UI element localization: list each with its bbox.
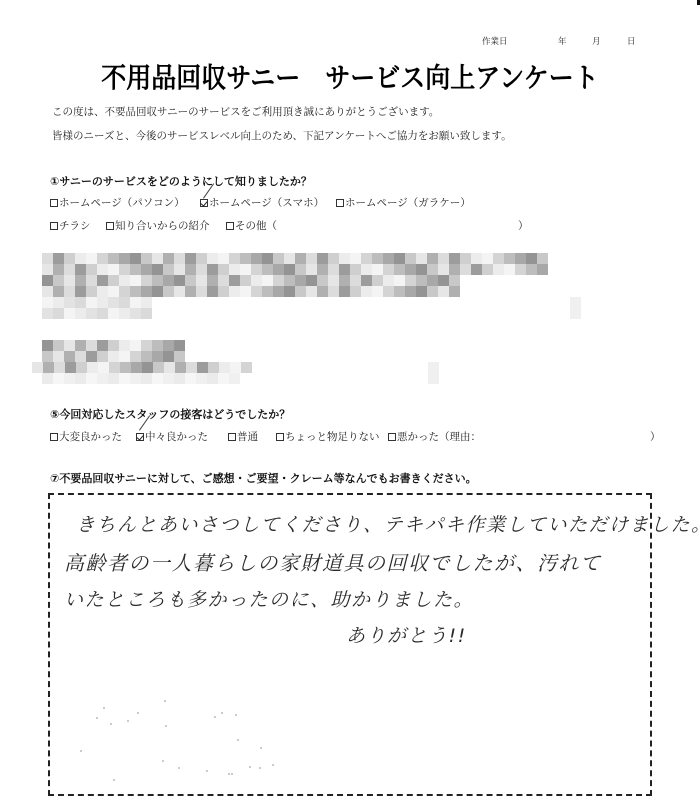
month-label: 月 xyxy=(592,35,601,47)
q1-option-pc[interactable]: ホームページ（パソコン） xyxy=(50,195,185,210)
q5-option-lacking[interactable]: ちょっと物足りない xyxy=(276,429,380,444)
handwritten-comment-line-3: いたところも多かったのに、助かりました。 xyxy=(64,585,474,612)
question-5-heading: ⑤今回対応したスタッフの接客はどうでしたか？ xyxy=(50,406,290,422)
intro-line-1: この度は、不要品回収サニーのサービスをご利用頂き誠にありがとうございます。 xyxy=(52,104,439,119)
handwritten-comment-line-2: 高齢者の一人暮らしの家財道具の回収でしたが、汚れて xyxy=(64,547,602,576)
q1-option-referral[interactable]: 知り合いからの紹介 xyxy=(106,218,210,233)
q5-option-bad[interactable]: 悪かった（理由： xyxy=(388,429,481,444)
checkbox[interactable] xyxy=(226,222,234,230)
checkbox[interactable] xyxy=(276,433,284,441)
handwritten-comment-line-4: ありがとう!! xyxy=(346,621,467,648)
handwritten-comment-line-1: きちんとあいさつしてくださり、テキパキ作業していただけました。 xyxy=(76,510,700,537)
work-date-label: 作業日 xyxy=(482,35,508,47)
checkbox-checked[interactable] xyxy=(136,433,144,441)
q1-other-close-paren: ） xyxy=(518,218,529,233)
q1-option-flyer[interactable]: チラシ xyxy=(50,218,91,233)
q5-option-average[interactable]: 普通 xyxy=(228,429,258,444)
checkbox[interactable] xyxy=(336,199,344,207)
q1-option-smartphone[interactable]: ホームページ（スマホ） xyxy=(200,195,324,210)
checkbox[interactable] xyxy=(50,222,58,230)
q5-option-very-good[interactable]: 大変良かった xyxy=(50,429,122,444)
q1-option-feature-phone[interactable]: ホームページ（ガラケー） xyxy=(336,195,471,210)
checkbox[interactable] xyxy=(50,433,58,441)
page-title: 不用品回収サニー サービス向上アンケート xyxy=(0,56,700,96)
question-1-heading: ①サニーのサービスをどのようにして知りましたか？ xyxy=(50,173,312,189)
checkbox[interactable] xyxy=(228,433,236,441)
year-label: 年 xyxy=(558,35,567,47)
day-label: 日 xyxy=(627,35,636,47)
intro-line-2: 皆様のニーズと、今後のサービスレベル向上のため、下記アンケートへご協力をお願い致… xyxy=(52,128,512,143)
q1-option-other[interactable]: その他（ xyxy=(226,218,277,233)
question-7-heading: ⑦不要品回収サニーに対して、ご感想・ご要望・クレーム等なんでもお書きください。 xyxy=(50,470,477,486)
scan-noise xyxy=(80,700,280,780)
q5-reason-close-paren: ） xyxy=(650,429,661,444)
checkbox-checked[interactable] xyxy=(200,199,208,207)
checkbox[interactable] xyxy=(50,199,58,207)
checkbox[interactable] xyxy=(388,433,396,441)
checkbox[interactable] xyxy=(106,222,114,230)
q5-option-fairly-good[interactable]: 中々良かった xyxy=(136,429,208,444)
